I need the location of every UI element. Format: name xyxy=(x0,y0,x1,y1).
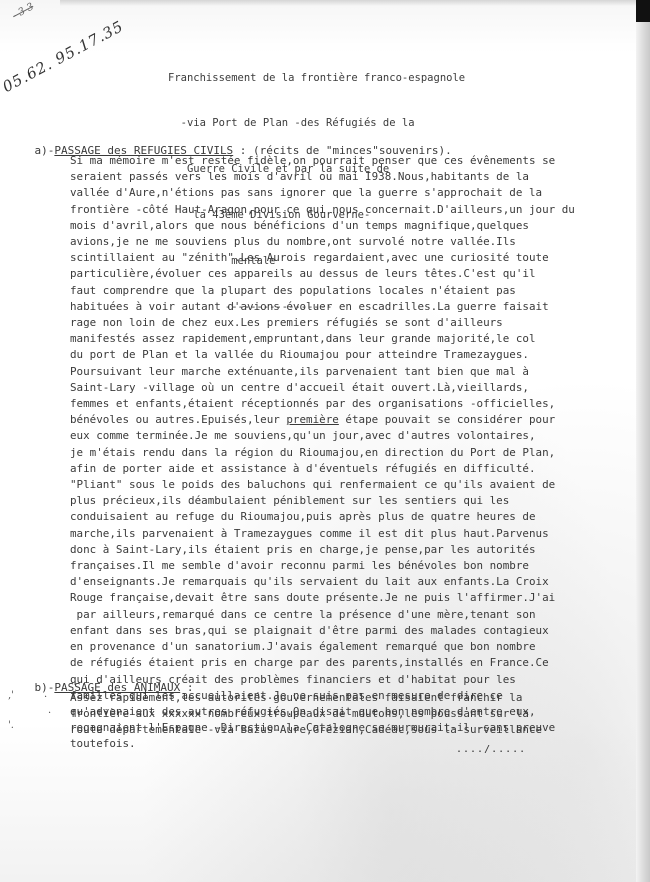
text-line: mois d'avril,alors que nous bénéficions … xyxy=(70,218,630,234)
text-line: marche,ils parvenaient à Tramezaygues co… xyxy=(70,526,630,542)
text-line: toutefois. xyxy=(70,736,630,752)
text-line: donc à Saint-Lary,ils étaient pris en ch… xyxy=(70,542,630,558)
text-line: vallée d'Aure,n'étions pas sans ignorer … xyxy=(70,185,630,201)
text-line: Rouge française,devait être sans doute p… xyxy=(70,590,630,606)
text-line: par ailleurs,remarqué dans ce centre la … xyxy=(70,607,630,623)
text-fragment: bénévoles ou autres.Epuisés,leur xyxy=(70,413,286,426)
text-line: afin de porter aide et assistance à d'év… xyxy=(70,461,630,477)
text-line: Assez rapidement,les autorités gouvernem… xyxy=(70,690,630,706)
text-line: route départementale -via Bazus-Aure,Gré… xyxy=(70,722,630,738)
text-line: Saint-Lary -village où un centre d'accue… xyxy=(70,380,630,396)
margin-bullet: · xyxy=(48,708,51,719)
text-line: d'enseignants.Je remarquais qu'ils serva… xyxy=(70,574,630,590)
text-line: faut comprendre que la plupart des popul… xyxy=(70,283,630,299)
text-line: je m'étais rendu dans la région du Rioum… xyxy=(70,445,630,461)
scan-right-edge xyxy=(636,0,650,882)
scan-top-shadow xyxy=(60,0,650,6)
text-line: habituées à voir autant d'avions évoluer… xyxy=(70,299,630,315)
title-line: Franchissement de la frontière franco-es… xyxy=(168,71,465,86)
margin-mark: ,' xyxy=(8,690,14,701)
section-a-prefix: a)- xyxy=(35,144,55,157)
title-line: -via Port de Plan -des Réfugiés de la xyxy=(168,116,465,131)
text-line: enfant dans ses bras,qui se plaignait d'… xyxy=(70,623,630,639)
text-line: "Pliant" sous le poids des baluchons qui… xyxy=(70,477,630,493)
text-line: du port de Plan et la vallée du Rioumajo… xyxy=(70,347,630,363)
text-line: bénévoles ou autres.Epuisés,leur premièr… xyxy=(70,412,630,428)
text-line: en provenance d'un sanatorium.J'avais ég… xyxy=(70,639,630,655)
handwritten-crossed-note: - 3 3 xyxy=(11,1,36,21)
margin-mark: '. xyxy=(8,720,14,731)
text-line: Poursuivant leur marche exténuante,ils p… xyxy=(70,364,630,380)
scan-corner-shadow xyxy=(636,0,650,22)
text-line: eux comme terminée.Je me souviens,qu'un … xyxy=(70,428,630,444)
section-a-paragraph: Si ma mémoire m'est restée fidèle,on pou… xyxy=(70,153,630,753)
handwritten-reference-number: 05.62. 95.17.35 xyxy=(0,17,127,96)
text-line: manifestés assez rapidement,empruntant,d… xyxy=(70,331,630,347)
text-line: frontière -côté Haut-Aragon,pour ce qui … xyxy=(70,202,630,218)
text-line: avions,je ne me souviens plus du nombre,… xyxy=(70,234,630,250)
text-line: plus précieux,ils déambulaient pénibleme… xyxy=(70,493,630,509)
text-line: scintillaient au "zénith".Les Aurois reg… xyxy=(70,250,630,266)
emphasized-word: première xyxy=(286,413,338,426)
margin-bullet: · xyxy=(44,692,47,703)
text-line: rage non loin de chez eux.Les premiers r… xyxy=(70,315,630,331)
text-line: françaises.Il me semble d'avoir reconnu … xyxy=(70,558,630,574)
text-fragment: étape pouvait se considérer pour xyxy=(339,413,555,426)
section-b-paragraph: Assez rapidement,les autorités gouvernem… xyxy=(70,690,630,739)
text-line: particulière,évoluer ces appareils au de… xyxy=(70,266,630,282)
text-line: seraient passés vers les mois d'avril ou… xyxy=(70,169,630,185)
continuation-marker: ..../..... xyxy=(456,744,526,755)
text-line: frontière aux xxxxxx nombreux troupeaux … xyxy=(70,706,630,722)
text-line: Si ma mémoire m'est restée fidèle,on pou… xyxy=(70,153,630,169)
scanned-page: - 3 3 05.62. 95.17.35 Franchissement de … xyxy=(0,0,650,882)
text-line: femmes et enfants,étaient réceptionnés p… xyxy=(70,396,630,412)
text-line: conduisaient au refuge du Rioumajou,puis… xyxy=(70,509,630,525)
